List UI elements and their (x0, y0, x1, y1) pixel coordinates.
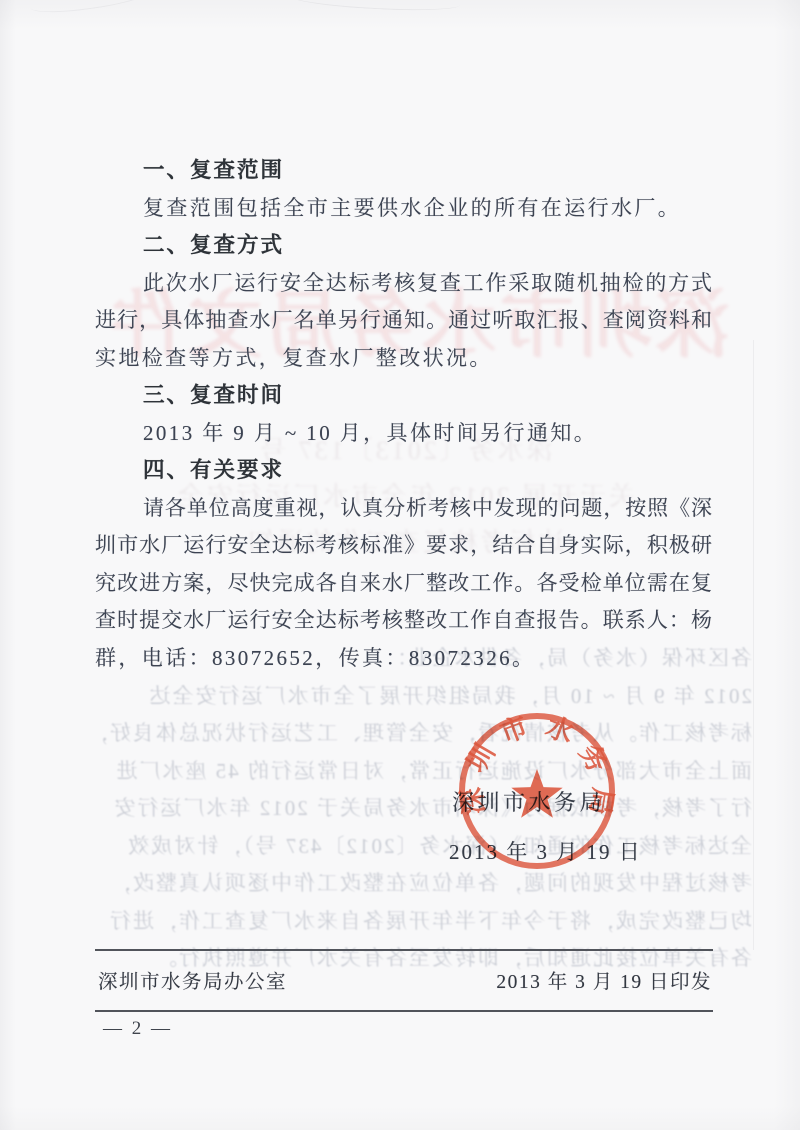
scanned-document-page: 深圳市水务局文件 深水务〔2013〕137 号 关于开展 2013 年全市水厂运… (0, 0, 800, 1130)
footer-office: 深圳市水务局办公室 (98, 966, 287, 994)
red-star-icon (511, 769, 562, 818)
paragraph-line: 圳市水厂运行安全达标考核标准》要求，结合自身实际，积极研 (95, 527, 712, 565)
bleedthrough-body-text: 各区环保（水务）局，各供水企业： 2012 年 9 月 ~ 10 月，我局组织开… (56, 640, 752, 978)
document-body: 一、复查范围 复查范围包括全市主要供水企业的所有在运行水厂。 二、复查方式 此次… (95, 152, 712, 677)
paper-fold-line (753, 340, 754, 950)
paragraph-line: 群，电话：83072652，传真：83072326。 (95, 640, 712, 678)
bleedthrough-line: 考核过程中发现的问题，各单位应在整改工作中逐项认真整改， (56, 865, 752, 903)
bleedthrough-line: 均已整改完成，将于今年下半年开展各自来水厂复查工作，进行 (56, 903, 752, 941)
bleedthrough-line: 2012 年 9 月 ~ 10 月，我局组织开展了全市水厂运行安全达 (56, 678, 752, 716)
paragraph-line: 进行，具体抽查水厂名单另行通知。通过听取汇报、查阅资料和 (95, 302, 712, 340)
section-heading-3: 三、复查时间 (95, 377, 712, 415)
bleedthrough-line: 标考核工作。从考核情况看，安全管理、工艺运行状况总体良好， (56, 715, 752, 753)
paragraph-line: 究改进方案，尽快完成各自来水厂整改工作。各受检单位需在复 (95, 565, 712, 603)
section-heading-1: 一、复查范围 (95, 152, 712, 190)
paragraph-line: 查时提交水厂运行安全达标考核整改工作自查报告。联系人：杨 (95, 602, 712, 640)
svg-text:深: 深 (456, 786, 490, 817)
paper-crease (290, 0, 461, 13)
bleedthrough-line: 行了考核，考核依据为《深圳市水务局关于 2012 年水厂运行安 (56, 790, 752, 828)
section-heading-2: 二、复查方式 (95, 227, 712, 265)
section-heading-4: 四、有关要求 (95, 452, 712, 490)
footer-rule-top (95, 949, 713, 951)
bleedthrough-line: 全达标考核工作的通知》（深水务〔2012〕437 号），针对成效 (56, 828, 752, 866)
paper-crease (29, 0, 150, 17)
paragraph-line: 请各单位高度重视，认真分析考核中发现的问题，按照《深 (95, 490, 712, 528)
page-number: — 2 — (103, 1018, 173, 1040)
svg-text:局: 局 (584, 786, 618, 817)
footer-issue-date: 2013 年 3 月 19 日印发 (496, 966, 712, 994)
seal-char: 局 (584, 786, 618, 817)
seal-char: 深 (456, 786, 490, 817)
paragraph-line: 2013 年 9 月 ~ 10 月，具体时间另行通知。 (95, 415, 712, 453)
paragraph-line: 此次水厂运行安全达标考核复查工作采取随机抽检的方式 (95, 265, 712, 303)
paragraph-line: 实地检查等方式，复查水厂整改状况。 (95, 340, 712, 378)
official-seal: 深 圳 市 水 务 局 (452, 706, 622, 876)
footer-rule-bottom (95, 1010, 713, 1012)
footer-row: 深圳市水务局办公室 2013 年 3 月 19 日印发 (98, 962, 712, 998)
paragraph-line: 复查范围包括全市主要供水企业的所有在运行水厂。 (95, 190, 712, 228)
bleedthrough-line: 面上全市大部分水厂设施运行正常，对日常运行的 45 座水厂进 (56, 753, 752, 791)
